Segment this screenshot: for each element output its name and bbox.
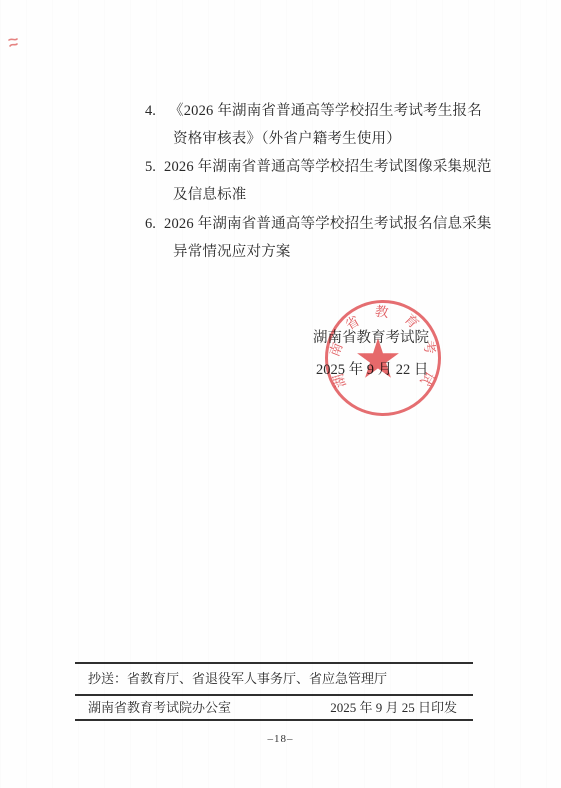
footer-rule-top [75, 662, 473, 664]
list-item-5-number: 5. [145, 158, 156, 177]
list-item-6-number: 6. [145, 215, 156, 234]
red-scan-mark [7, 37, 19, 49]
list-item-4-number: 4. [145, 102, 156, 121]
footer-print-date: 2025 年 9 月 25 日印发 [330, 700, 457, 717]
footer-rule-middle [75, 694, 473, 696]
list-item-6-line-2: 异常情况应对方案 [173, 243, 291, 262]
footer-issuer: 湖南省教育考试院办公室 [88, 700, 231, 717]
list-item-5-line-1: 2026 年湖南省普通高等学校招生考试图像采集规范 [164, 158, 492, 177]
footer-cc-line: 抄送：省教育厅、省退役军人事务厅、省应急管理厅 [88, 671, 387, 688]
list-item-4-line-2: 资格审核表》（外省户籍考生使用） [173, 130, 401, 149]
page-number: –18– [0, 733, 561, 745]
list-item-4-line-1: 《2026 年湖南省普通高等学校招生考试考生报名 [169, 102, 482, 121]
list-item-5-line-2: 及信息标准 [173, 186, 247, 205]
official-seal: 湖南省教育考试院 [321, 297, 445, 421]
footer-rule-bottom [75, 719, 473, 721]
document-page: 4. 《2026 年湖南省普通高等学校招生考试考生报名 资格审核表》（外省户籍考… [0, 0, 561, 788]
seal-star-icon [357, 338, 399, 378]
list-item-6-line-1: 2026 年湖南省普通高等学校招生考试报名信息采集 [164, 215, 492, 234]
